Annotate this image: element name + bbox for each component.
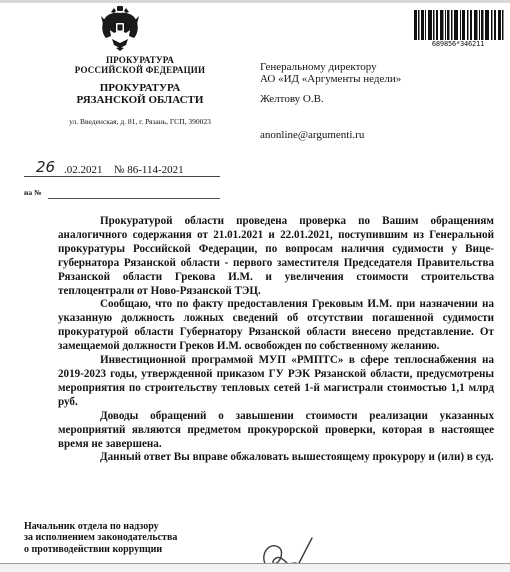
recipient-title: Генеральному директору bbox=[260, 61, 401, 73]
suborg-name-line2: РЯЗАНСКОЙ ОБЛАСТИ bbox=[40, 94, 240, 106]
outgoing-number: № 86-114-2021 bbox=[114, 164, 184, 176]
sender-header: ПРОКУРАТУРА РОССИЙСКОЙ ФЕДЕРАЦИИ ПРОКУРА… bbox=[40, 55, 240, 126]
reference-underline bbox=[48, 198, 220, 199]
date-month-year: .02.2021 bbox=[64, 164, 103, 176]
date-number-row: 26 .02.2021 № 86-114-2021 bbox=[24, 161, 220, 179]
barcode-icon bbox=[414, 10, 506, 44]
sender-address: ул. Введенская, д. 81, г. Рязань, ГСП, 3… bbox=[40, 117, 240, 126]
scan-bottom-margin bbox=[0, 564, 510, 572]
recipient-name: Желтову О.В. bbox=[260, 93, 401, 105]
barcode-number: 689856*346211 bbox=[410, 40, 506, 48]
paragraph-1: Прокуратурой области проведена проверка … bbox=[58, 215, 494, 298]
signer-title-line2: за исполнением законодательства bbox=[24, 532, 177, 543]
signer-title-line1: Начальник отдела по надзору bbox=[24, 521, 177, 532]
recipient-email: anonline@argumenti.ru bbox=[260, 129, 401, 141]
reference-label: на № bbox=[24, 188, 41, 197]
signer-block: Начальник отдела по надзору за исполнени… bbox=[24, 521, 177, 555]
letter-body: Прокуратурой области проведена проверка … bbox=[58, 215, 494, 465]
paragraph-2: Сообщаю, что по факту предоставления Гре… bbox=[58, 298, 494, 354]
scan-top-edge bbox=[0, 0, 510, 3]
org-name-line1: ПРОКУРАТУРА bbox=[40, 55, 240, 65]
recipient-block: Генеральному директору АО «ИД «Аргументы… bbox=[260, 61, 401, 141]
signer-title-line3: о противодействии коррупции bbox=[24, 544, 177, 555]
date-day-handwritten: 26 bbox=[36, 158, 55, 176]
paragraph-5: Данный ответ Вы вправе обжаловать вышест… bbox=[58, 451, 494, 465]
date-underline bbox=[24, 176, 220, 177]
suborg-name-line1: ПРОКУРАТУРА bbox=[40, 82, 240, 94]
reference-row: на № bbox=[24, 188, 220, 202]
paragraph-3: Инвестиционной программой МУП «РМПТС» в … bbox=[58, 354, 494, 410]
org-name-line2: РОССИЙСКОЙ ФЕДЕРАЦИИ bbox=[40, 65, 240, 75]
recipient-organization: АО «ИД «Аргументы недели» bbox=[260, 73, 401, 85]
paragraph-4: Доводы обращений о завышении стоимости р… bbox=[58, 410, 494, 452]
coat-of-arms-icon bbox=[98, 6, 142, 52]
